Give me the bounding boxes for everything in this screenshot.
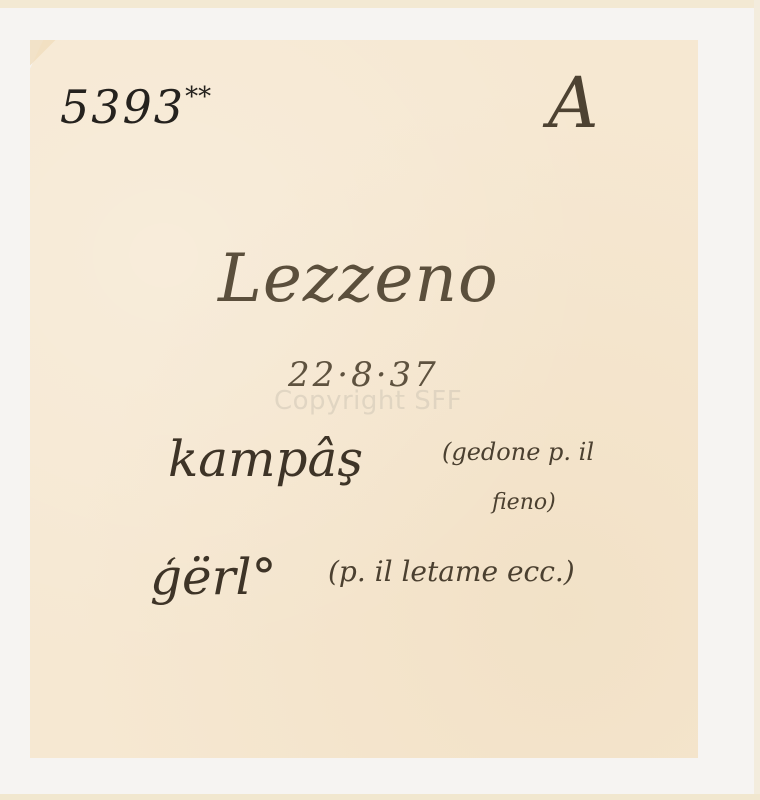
mount-bottom-edge: [0, 794, 760, 800]
mount-right-edge: [754, 0, 760, 800]
entry-gloss-1-line-1: (gedone p. il: [442, 438, 594, 466]
copyright-watermark: Copyright SFF: [274, 386, 462, 416]
folded-corner: [30, 40, 56, 70]
entry-gloss-1-line-2: fieno): [492, 490, 556, 515]
mount-top-edge: [0, 0, 760, 8]
place-name-heading: Lezzeno: [218, 240, 499, 317]
catalog-number-value: 5393: [60, 80, 185, 134]
catalog-number: 5393**: [60, 80, 211, 134]
entry-term-2: ģërl°: [150, 548, 277, 606]
letter-mark: A: [548, 62, 599, 144]
entry-term-1: kampâş: [168, 430, 363, 488]
catalog-number-asterisks: **: [185, 82, 211, 112]
entry-gloss-2: (p. il letame ecc.): [328, 555, 575, 588]
